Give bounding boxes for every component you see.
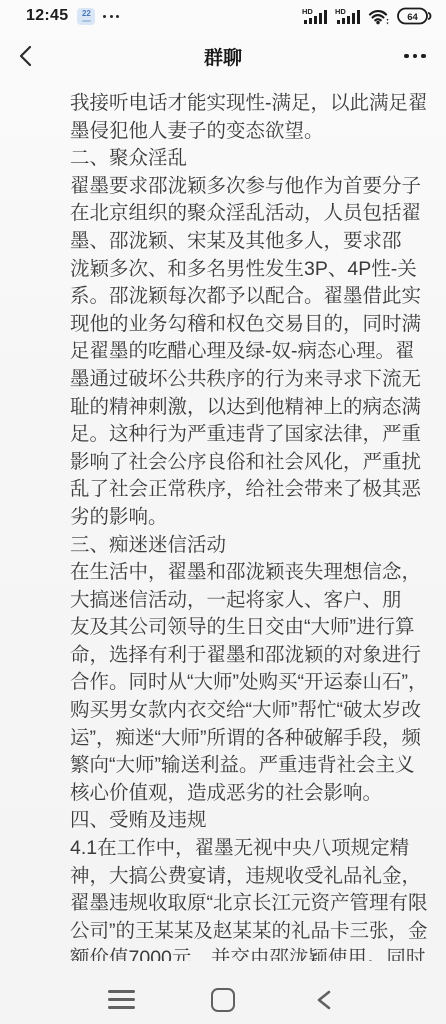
text-line: 三、痴迷迷信活动 — [70, 532, 420, 560]
more-options-button[interactable] — [398, 44, 432, 68]
text-line: 核心价值观，造成恶劣的社会影响。 — [70, 780, 420, 808]
text-line: 繁向“大师”输送利益。严重违背社会主义 — [70, 752, 420, 780]
status-icons: HD HD — [302, 7, 432, 25]
text-line: 翟墨违规收取原“北京长江元资产管理有限 — [70, 890, 420, 918]
text-line: 泷颖多次、和多名男性发生3P、4P性-关 — [70, 256, 420, 284]
text-line: 公司”的王某某及赵某某的礼品卡三张，金 — [70, 918, 420, 946]
svg-text:HD: HD — [335, 7, 346, 16]
text-line: 翟墨要求邵泷颖多次参与他作为首要分子 — [70, 173, 420, 201]
text-line: 墨、邵泷颖、宋某及其他多人，要求邵 — [70, 228, 420, 256]
text-line: 额价值7000元，并交由邵泷颖使用。同时 — [70, 945, 420, 961]
text-line: 友及其公司领导的生日交由“大师”进行算 — [70, 614, 420, 642]
text-line: 影响了社会公序良俗和社会风化，严重扰 — [70, 449, 420, 477]
text-line: 在北京组织的聚众淫乱活动，人员包括翟 — [70, 200, 420, 228]
phone-screen: 12:45 22 HD HD — [0, 0, 446, 1024]
text-line: 乱了社会正常秩序，给社会带来了极其恶 — [70, 476, 420, 504]
text-line: 系。邵泷颖每次都予以配合。翟墨借此实 — [70, 283, 420, 311]
android-nav-bar — [0, 975, 446, 1024]
text-line: 足翟墨的吃醋心理及绿-奴-病态心理。翟 — [70, 338, 420, 366]
text-line: 二、聚众淫乱 — [70, 145, 420, 173]
ellipsis-icon — [404, 54, 409, 59]
sim1-signal-icon: HD — [302, 7, 329, 25]
text-line: 4.1在工作中，翟墨无视中央八项规定精 — [70, 835, 420, 863]
sim2-signal-icon: HD — [335, 7, 362, 25]
menu-button[interactable] — [101, 983, 141, 1017]
page-title: 群聊 — [0, 43, 446, 70]
calendar-notification-icon: 22 — [77, 8, 95, 25]
svg-text:HD: HD — [302, 7, 313, 16]
text-line: 在生活中，翟墨和邵泷颖丧失理想信念， — [70, 559, 420, 587]
text-line: 运”，痴迷“大师”所谓的各种破解手段，频 — [70, 725, 420, 753]
nav-back-icon — [314, 988, 336, 1012]
menu-icon — [108, 990, 135, 1009]
text-line: 神，大搞公费宴请，违规收受礼品礼金， — [70, 863, 420, 891]
text-line: 墨通过破坏公共秩序的行为来寻求下流无 — [70, 366, 420, 394]
chat-content: 我接听电话才能实现性-满足，以此满足翟 墨侵犯他人妻子的变态欲望。 二、聚众淫乱… — [0, 80, 446, 975]
text-line: 劣的影响。 — [70, 504, 420, 532]
clock: 12:45 — [26, 7, 68, 25]
text-line: 合作。同时从“大师”处购买“开运泰山石”， — [70, 669, 420, 697]
text-line: 墨侵犯他人妻子的变态欲望。 — [70, 118, 420, 146]
text-line: 命，选择有利于翟墨和邵泷颖的对象进行 — [70, 642, 420, 670]
wifi-icon — [368, 7, 391, 25]
status-bar: 12:45 22 HD HD — [0, 0, 446, 32]
text-line: 现他的业务勾稽和权色交易目的，同时满 — [70, 311, 420, 339]
recent-apps-icon — [211, 988, 235, 1012]
text-line: 足。这种行为严重违背了国家法律，严重 — [70, 421, 420, 449]
battery-percent-text: 64 — [407, 12, 418, 23]
text-line: 购买男女款内衣交给“大师”帮忙“破太岁改 — [70, 697, 420, 725]
text-line: 四、受贿及违规 — [70, 807, 420, 835]
text-line: 我接听电话才能实现性-满足，以此满足翟 — [70, 90, 420, 118]
nav-back-button[interactable] — [305, 983, 345, 1017]
home-button[interactable] — [203, 983, 243, 1017]
more-notifications-icon — [103, 15, 119, 18]
back-button[interactable] — [10, 40, 42, 72]
text-line: 大搞迷信活动，一起将家人、客户、朋 — [70, 587, 420, 615]
text-line: 耻的精神刺激，以达到他精神上的病态满 — [70, 394, 420, 422]
battery-icon: 64 — [397, 7, 432, 25]
chevron-left-icon — [16, 44, 36, 68]
chat-header: 群聊 — [0, 32, 446, 80]
document-image[interactable]: 我接听电话才能实现性-满足，以此满足翟 墨侵犯他人妻子的变态欲望。 二、聚众淫乱… — [0, 80, 446, 961]
